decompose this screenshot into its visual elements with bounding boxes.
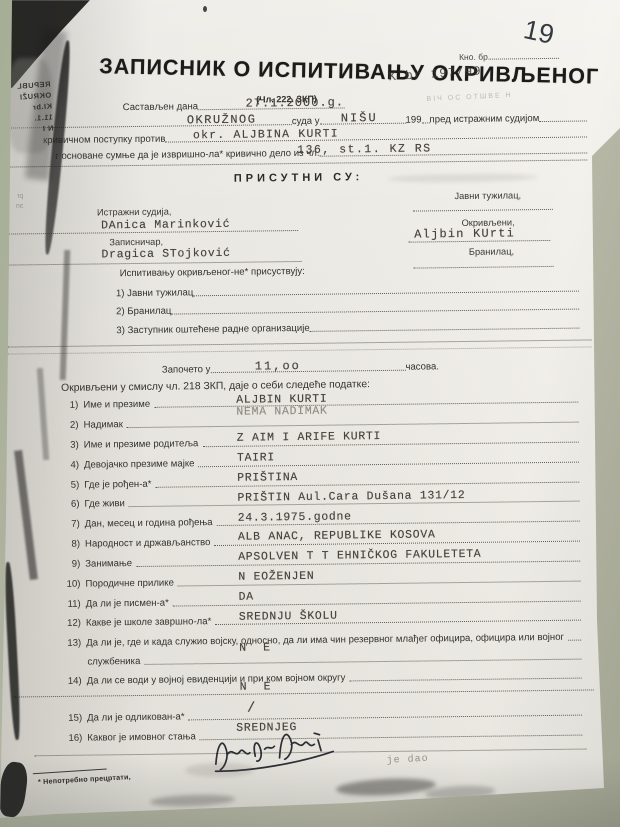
scanned-document-page: 19 Кно. бр. ЗАПИСНИК О ИСПИТИВАЊУ ОКРИВЉ… (0, 0, 620, 827)
bleed-line: рг (16, 192, 23, 202)
dotted-line (193, 290, 579, 297)
question-number: 12) (57, 618, 81, 629)
judge-phrase-label: пред истражним судијом (429, 113, 539, 125)
answer-residence: PRIŠTIN Aul.Cara Dušana 131/12 (237, 489, 465, 505)
dotted-line (310, 327, 580, 332)
dotted-line (14, 688, 594, 697)
question-number: 2) (54, 420, 78, 431)
answer-school: SREDNJU ŠKOLU (239, 610, 338, 624)
dotted-line (144, 658, 581, 665)
faint-pencil-mark (185, 763, 255, 778)
dotted-line (568, 639, 581, 641)
form-content: 19 Кно. бр. ЗАПИСНИК О ИСПИТИВАЊУ ОКРИВЉ… (0, 0, 620, 827)
question-row: 5) Где је рођен-а* (55, 474, 579, 491)
question-label: Каквог је имовног стања (87, 731, 196, 743)
question-label: Где је рођен-а* (84, 479, 151, 491)
dotted-line (173, 600, 581, 607)
prosecutor-label: Јавни тужилац, (423, 190, 553, 202)
dotted-line (8, 345, 592, 354)
book-number-label: Кно. бр. (459, 52, 490, 62)
question-label: Надимак (83, 419, 122, 430)
footnote-text: * Непотребно прецртати, (38, 772, 131, 786)
dotted-line (349, 677, 581, 682)
question-label: Да ли се води у војној евиденцији и при … (87, 672, 346, 686)
dotted-line (539, 119, 587, 122)
answer-decorated: / (247, 701, 256, 717)
question-row: 13) Да ли је, где и када служио војску, … (57, 632, 581, 649)
dotted-line (155, 481, 579, 488)
question-label: службеника (87, 656, 140, 668)
question-number: 15) (58, 713, 82, 724)
answer-parents: Z AIM I ARIFE KURTI (237, 430, 382, 445)
handwritten-page-number: 19 (521, 14, 557, 51)
question-row: 10) Породичне прилике (56, 573, 580, 590)
question-number: 7) (56, 519, 80, 530)
question-number: 11) (57, 599, 81, 610)
year-prefix: 199 (405, 114, 421, 125)
court-label: суда у (292, 116, 320, 127)
date-label: Састављен дана (123, 101, 199, 113)
attendance-item: 3) Заступник оштећене радне организације (116, 320, 579, 337)
statement-intro: Окривљени у смислу чл. 218 ЗКП, даје о с… (61, 379, 370, 394)
question-row: 4) Девојачко презиме мајке (55, 454, 579, 471)
question-number: 10) (56, 579, 80, 590)
question-number: 16) (58, 733, 82, 744)
date-value: 27.1.2000.g. (246, 95, 345, 110)
attendance-item: 2) Бранилац (116, 301, 579, 318)
dotted-line (422, 121, 430, 123)
question-label: Какве је школе завршно-ла* (86, 616, 211, 629)
question-number: 5) (55, 480, 79, 491)
dotted-line (154, 401, 578, 408)
faint-typed-text: је dao (386, 754, 428, 767)
offense-label: г основане сумње да је извришно-ла* крив… (55, 148, 319, 162)
question-label: Да ли је, где и када служио војску, одно… (86, 632, 564, 649)
question-label: Где живи (84, 498, 125, 509)
against-value: okr. ALJBINA KURTI (193, 128, 339, 143)
answer-military-record: N E (240, 680, 276, 693)
dotted-line (210, 369, 405, 373)
question-number: 1) (54, 400, 78, 411)
question-label: Занимање (85, 558, 132, 570)
question-label: Дан, месец и година рођења (85, 517, 213, 530)
defender-label: Бранилац, (426, 246, 556, 258)
answer-birthplace: PRIŠTINA (237, 471, 298, 485)
question-number: 9) (56, 559, 80, 570)
recorder-name: Dragica STojković (101, 247, 230, 262)
book-number-row: Кно. бр. (459, 51, 559, 62)
answer-mother-maiden: TAIRI (237, 451, 275, 464)
question-label: Народност и држављанство (85, 537, 211, 550)
question-number: 6) (55, 499, 79, 510)
attendance-item-label: 2) Бранилац (116, 306, 171, 318)
court-value: OKRUŽNOG (187, 113, 257, 128)
dotted-line (408, 239, 550, 243)
answer-military: N E (239, 641, 275, 654)
toner-speck (203, 6, 207, 12)
answer-literate: DA (239, 591, 254, 604)
question-row: 11) Да ли је писмен-а* (57, 593, 581, 610)
dotted-line (171, 308, 579, 315)
judge-label: Истражни судија, (97, 207, 172, 218)
question-number: 14) (58, 676, 82, 687)
dotted-line (127, 421, 579, 429)
attendance-item: 1) Јавни тужилац (116, 283, 579, 300)
question-label: Име и презиме родитеља (84, 438, 199, 450)
dotted-line (490, 57, 559, 60)
question-label: Породичне прилике (85, 578, 174, 590)
dotted-line (9, 260, 302, 266)
answer-nationality: ALB ANAC, REPUBLIKE KOSOVA (238, 528, 436, 543)
attendance-heading: Испитивању окривљеног-не* присуствују: (120, 266, 305, 279)
city-value: NIŠU (341, 111, 378, 125)
question-row: 14) Да ли се води у војној евиденцији и … (58, 670, 582, 687)
question-label: Да ли је писмен-а* (86, 598, 169, 610)
hours-label: часова. (405, 361, 439, 372)
question-number: 3) (55, 440, 79, 451)
answer-birthdate: 24.3.1975.godne (238, 510, 352, 524)
bleed-through-faint: рг эп (16, 192, 23, 212)
dotted-line (414, 265, 554, 269)
started-time: 11,oo (255, 359, 301, 374)
answer-nickname-note: NEMA NADIMAK (236, 405, 327, 419)
question-number: 8) (56, 539, 80, 550)
answer-family: N EOŽENJEN (238, 570, 314, 584)
attendance-item-label: 1) Јавни тужилац (116, 287, 193, 299)
question-label: Име и презиме (83, 399, 150, 411)
offense-value: 136, st.1. KZ RS (297, 142, 432, 157)
photo-scene: 19 Кно. бр. ЗАПИСНИК О ИСПИТИВАЊУ ОКРИВЉ… (0, 0, 620, 827)
question-number: 4) (55, 460, 79, 471)
question-row-continuation: службеника (87, 651, 581, 668)
attendance-item-label: 3) Заступник оштећене радне организације (116, 323, 309, 336)
bleed-through-text: REPUBL OKRUŽI KI.br 11.1. N I (6, 79, 54, 137)
question-number: 13) (57, 638, 81, 649)
dotted-line (413, 208, 553, 212)
bleed-line: эп (16, 202, 23, 212)
question-label: Девојачко презиме мајке (84, 458, 195, 470)
question-label: Да ли је одликован-а* (87, 711, 185, 723)
recorder-label: Записничар, (109, 237, 163, 248)
started-label: Започето у (162, 364, 211, 376)
